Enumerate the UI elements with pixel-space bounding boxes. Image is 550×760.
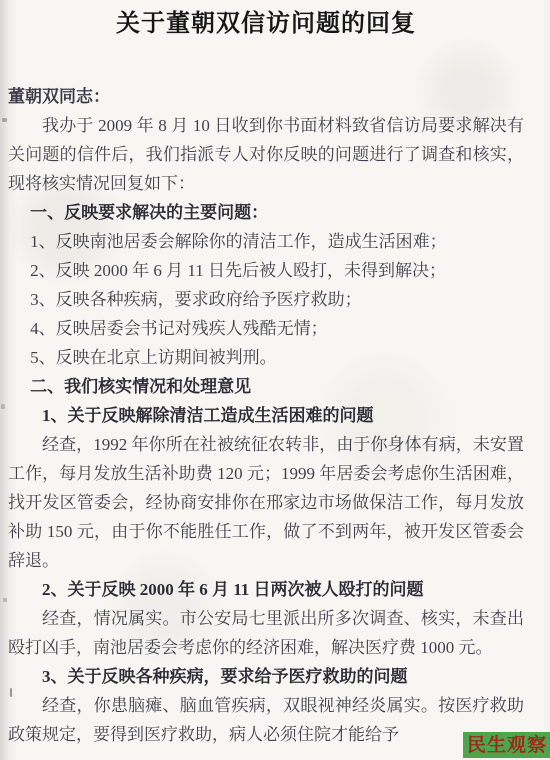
issue-item: 1、反映南池居委会解除你的清洁工作，造成生活困难； xyxy=(8,227,524,256)
issue-item: 5、反映在北京上访期间被判刑。 xyxy=(8,343,524,372)
section-2-heading: 二、我们核实情况和处理意见 xyxy=(8,372,524,401)
page-title: 关于董朝双信访问题的回复 xyxy=(8,8,524,40)
scan-artifact xyxy=(1,404,5,409)
issue-item: 4、反映居委会书记对残疾人残酷无情； xyxy=(8,314,524,343)
scan-artifact xyxy=(2,118,7,122)
subsection-3-body: 经查，你患脑瘫、脑血管疾病，双眼视神经炎属实。按医疗救助政策规定，要得到医疗救助… xyxy=(8,691,524,749)
section-1-heading: 一、反映要求解决的主要问题： xyxy=(8,198,524,227)
watermark-text: 民生观察 xyxy=(467,735,547,756)
watermark-badge: 民生观察 xyxy=(463,732,550,758)
subsection-1-body: 经查，1992 年你所在社被统征农转非，由于你身体有病，未安置工作，每月发放生活… xyxy=(8,430,524,575)
subsection-2-heading: 2、关于反映 2000 年 6 月 11 日两次被人殴打的问题 xyxy=(8,575,524,604)
scan-artifact xyxy=(10,688,12,697)
subsection-1-heading: 1、关于反映解除清洁工造成生活困难的问题 xyxy=(8,401,524,430)
subsection-3: 3、关于反映各种疾病，要求给予医疗救助的问题 经查，你患脑瘫、脑血管疾病，双眼视… xyxy=(8,662,524,749)
intro-paragraph: 我办于 2009 年 8 月 10 日收到你书面材料致省信访局要求解决有关问题的… xyxy=(8,111,524,198)
subsection-1: 1、关于反映解除清洁工造成生活困难的问题 经查，1992 年你所在社被统征农转非… xyxy=(8,401,524,575)
subsection-2-body: 经查，情况属实。市公安局七里派出所多次调查、核实，未查出殴打凶手，南池居委会考虑… xyxy=(8,604,524,662)
issue-item: 3、反映各种疾病，要求政府给予医疗救助； xyxy=(8,285,524,314)
salutation: 董朝双同志： xyxy=(8,82,524,111)
issue-item: 2、反映 2000 年 6 月 11 日先后被人殴打，未得到解决； xyxy=(8,256,524,285)
document-page: 关于董朝双信访问题的回复 董朝双同志： 我办于 2009 年 8 月 10 日收… xyxy=(0,0,550,760)
subsection-3-heading: 3、关于反映各种疾病，要求给予医疗救助的问题 xyxy=(8,662,524,691)
scan-artifact xyxy=(3,598,7,602)
subsection-2: 2、关于反映 2000 年 6 月 11 日两次被人殴打的问题 经查，情况属实。… xyxy=(8,575,524,662)
issue-list: 1、反映南池居委会解除你的清洁工作，造成生活困难； 2、反映 2000 年 6 … xyxy=(8,227,524,372)
